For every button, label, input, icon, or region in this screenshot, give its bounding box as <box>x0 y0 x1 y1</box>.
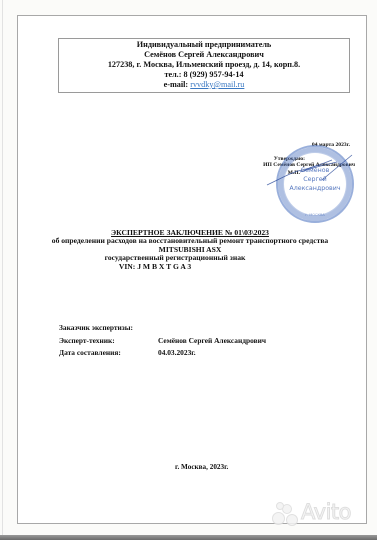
signature-icon <box>262 150 357 190</box>
letterhead-box: Индивидуальный предприниматель Семёнов С… <box>58 38 350 93</box>
vehicle-vin: VIN: J M B X T G A 3 <box>20 263 360 271</box>
letterhead-email-row: e-mail: rvvdky@mail.ru <box>59 80 349 90</box>
report-title-block: ЭКСПЕРТНОЕ ЗАКЛЮЧЕНИЕ № 01\03\2023 об оп… <box>20 229 360 271</box>
email-label: e-mail: <box>164 80 191 89</box>
letterhead-name: Семёнов Сергей Александрович <box>59 50 349 60</box>
letterhead-title: Индивидуальный предприниматель <box>59 40 349 50</box>
place-and-year: г. Москва, 2023г. <box>175 463 228 471</box>
seal-stamp-city: г. МОСКВА <box>278 213 352 217</box>
info-value: Семёнов Сергей Александрович <box>158 336 266 345</box>
info-label: Дата составления: <box>59 348 121 357</box>
email-link[interactable]: rvvdky@mail.ru <box>190 80 244 89</box>
avito-watermark: Avito <box>270 500 370 530</box>
letterhead-address: 127238, г. Москва, Ильменский проезд, д.… <box>59 60 349 70</box>
avito-logo-icon <box>286 514 298 526</box>
info-label: Заказчик экспертизы: <box>59 323 133 332</box>
info-label: Эксперт-техник: <box>59 336 115 345</box>
letterhead-phone: тел.: 8 (929) 957-94-14 <box>59 70 349 80</box>
scan-bottom-shadow <box>0 535 377 540</box>
avito-logo-icon <box>276 502 284 510</box>
scan-edge <box>2 0 3 535</box>
avito-watermark-text: Avito <box>301 500 351 524</box>
info-value: 04.03.2023г. <box>158 348 196 357</box>
avito-logo-icon <box>272 512 285 525</box>
